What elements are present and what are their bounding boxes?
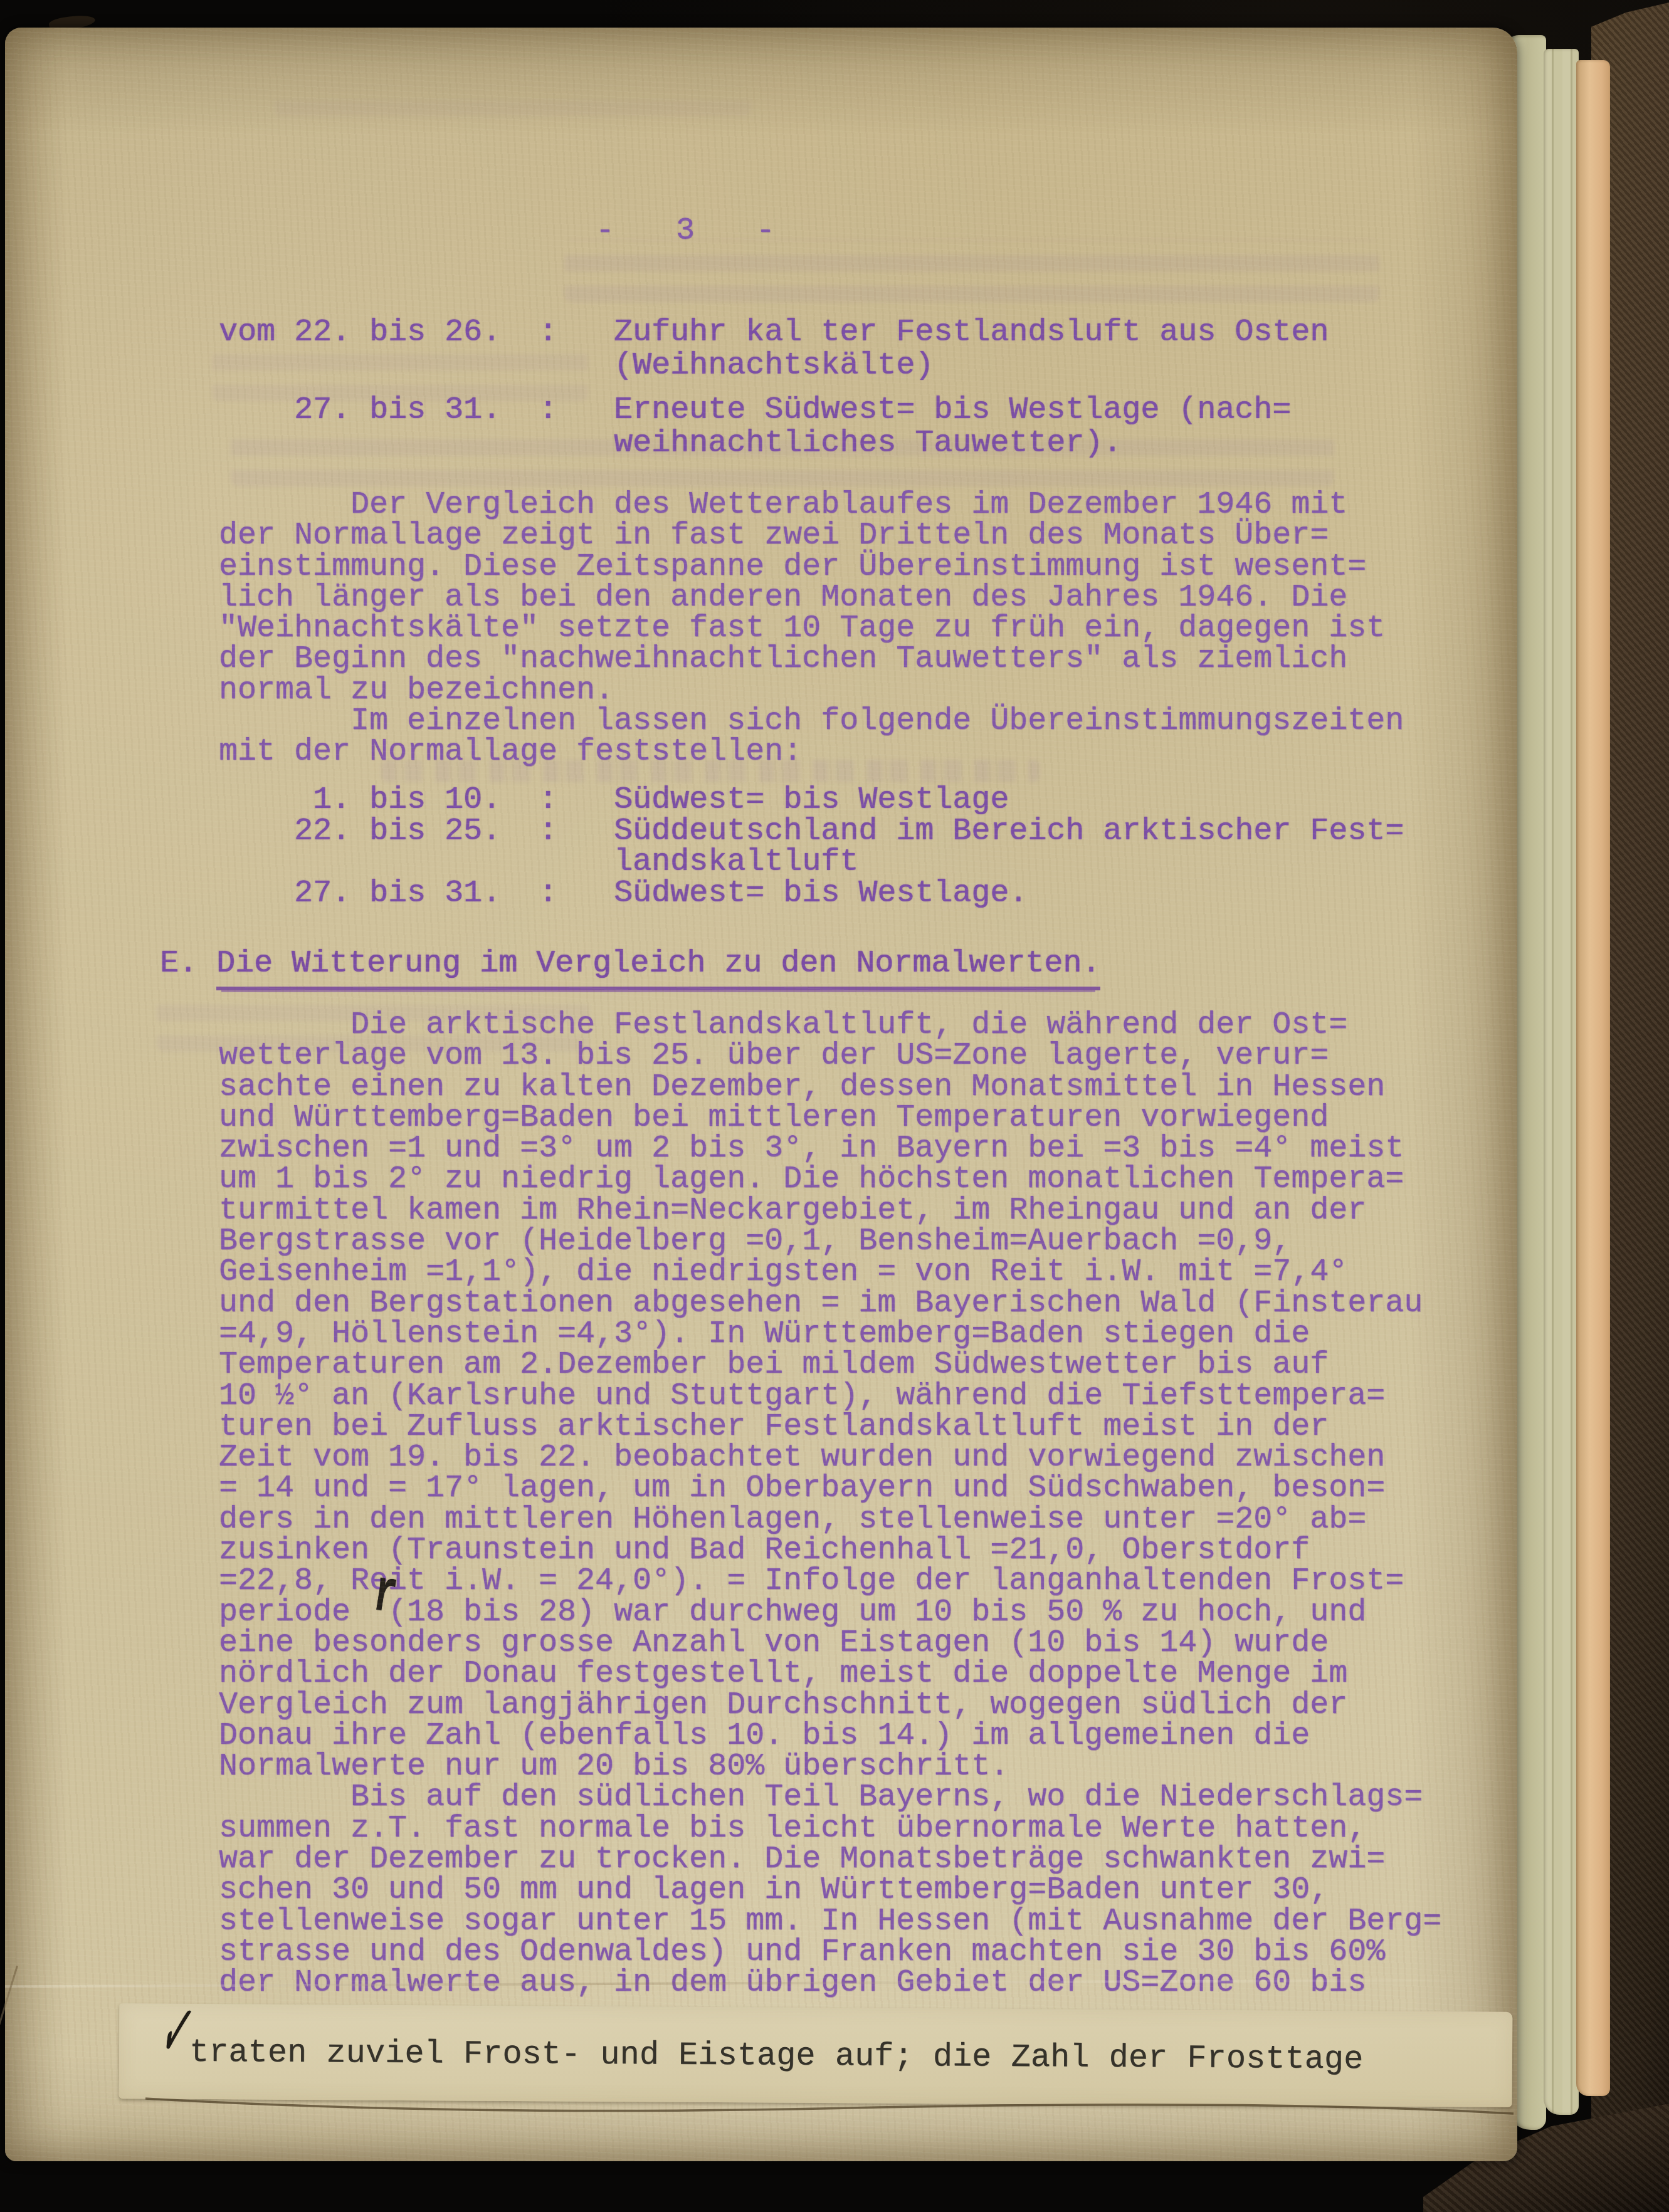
- weather-period-entry-2: 27. bis 31. : Erneute Südwest= bis Westl…: [219, 394, 1291, 460]
- bleed-through-text: [564, 239, 1379, 302]
- footnote-slip: ✓ traten zuviel Frost- und Eistage auf; …: [119, 2003, 1513, 2107]
- page-crease: [0, 1966, 18, 2146]
- comparison-paragraph: Der Vergleich des Wetterablaufes im Deze…: [219, 490, 1404, 768]
- scanned-book-page: - 3 - vom 22. bis 26. : Zufuhr kal ter F…: [0, 0, 1669, 2212]
- bleed-through-text: [275, 85, 751, 117]
- document-page: - 3 - vom 22. bis 26. : Zufuhr kal ter F…: [5, 28, 1517, 2161]
- section-heading-label: E.: [160, 946, 216, 982]
- footnote-text: traten zuviel Frost- und Eistage auf; di…: [189, 2036, 1364, 2076]
- agreement-list: 1. bis 10. : Südwest= bis Westlage 22. b…: [219, 785, 1404, 909]
- page-number: - 3 -: [596, 216, 776, 246]
- page-stack-edge-2: [1544, 49, 1579, 2115]
- section-heading: E. Die Witterung im Vergleich zu den Nor…: [160, 948, 1100, 980]
- section-heading-title: Die Witterung im Vergleich zu den Normal…: [216, 946, 1100, 990]
- weather-period-entry-1: vom 22. bis 26. : Zufuhr kal ter Festlan…: [219, 317, 1329, 382]
- page-stack-edge-3: [1576, 60, 1610, 2096]
- analysis-paragraphs: Die arktische Festlandskaltluft, die wäh…: [219, 1010, 1441, 1999]
